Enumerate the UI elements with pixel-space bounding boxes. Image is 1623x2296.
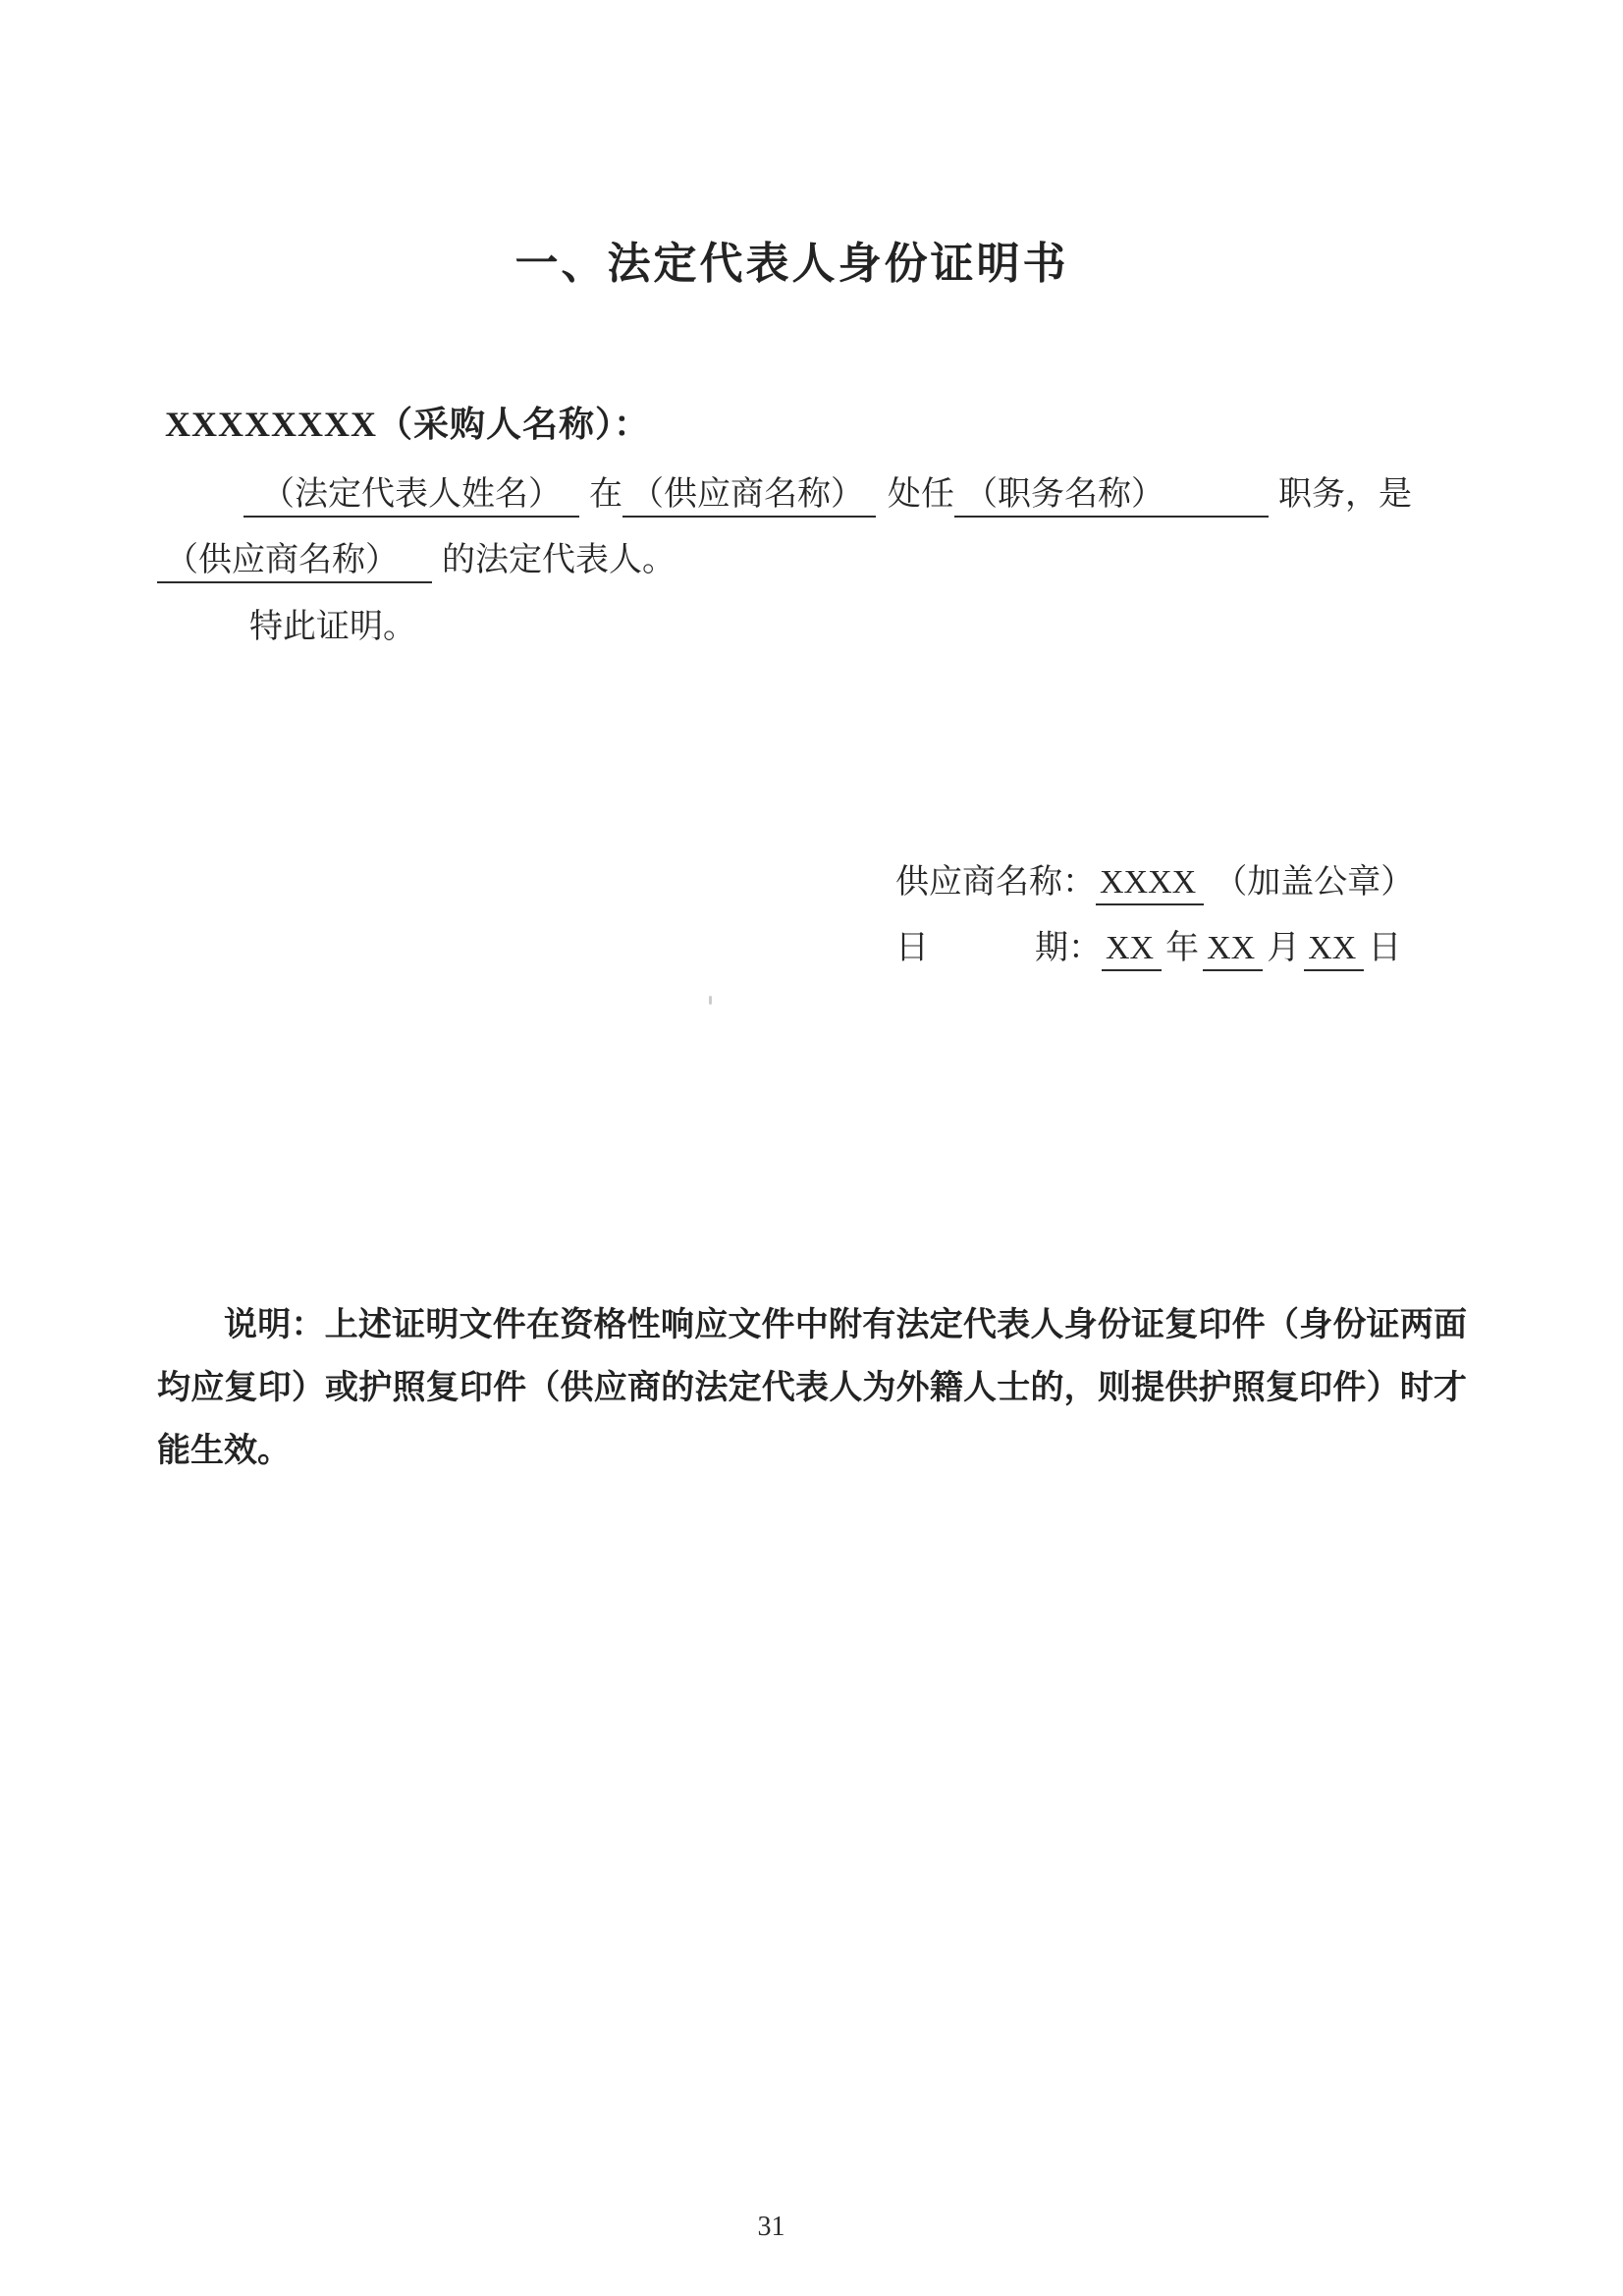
page-title: 一、法定代表人身份证明书 (0, 228, 1584, 291)
page-number: 31 (0, 2212, 1542, 2243)
blank-legal-rep-name: （法定代表人姓名） (243, 476, 579, 518)
text-position-suffix: 职务，是 (1278, 476, 1412, 513)
document-page: 一、法定代表人身份证明书 XXXXXXXX（采购人名称）： （法定代表人姓名）在… (0, 0, 1623, 2296)
scan-artifact-speck (709, 996, 712, 1005)
date-label-first-char: 日 (895, 930, 929, 966)
date-label-second-char: 期： (1035, 930, 1102, 966)
body-line-2: （供应商名称）的法定代表人。 (157, 527, 1492, 593)
certify-statement: 特此证明。 (249, 599, 416, 647)
body-paragraph: （法定代表人姓名）在（供应商名称）处任（职务名称）职务，是 （供应商名称）的法定… (157, 462, 1492, 593)
note-paragraph: 说明：上述证明文件在资格性响应文件中附有法定代表人身份证复印件（身份证两面均应复… (157, 1294, 1467, 1483)
date-year-unit: 年 (1162, 930, 1203, 966)
supplier-name-label: 供应商名称： (895, 864, 1096, 901)
text-at: 在 (589, 476, 622, 513)
date-year-value: XX (1102, 930, 1162, 971)
date-month-unit: 月 (1263, 930, 1304, 966)
date-month-value: XX (1203, 930, 1263, 971)
supplier-signature-line: 供应商名称：XXXX（加盖公章） (895, 849, 1414, 915)
signature-block: 供应商名称：XXXX（加盖公章） 日期：XX年XX月XX日 (895, 849, 1414, 981)
seal-note: （加盖公章） (1214, 864, 1414, 901)
blank-supplier-name-2: （供应商名称） (157, 542, 432, 583)
blank-supplier-name: （供应商名称） (622, 476, 876, 518)
text-closing: 的法定代表人。 (442, 542, 676, 578)
body-line-1: （法定代表人姓名）在（供应商名称）处任（职务名称）职务，是 (157, 462, 1492, 527)
date-day-value: XX (1304, 930, 1364, 971)
date-line: 日期：XX年XX月XX日 (895, 915, 1414, 981)
text-serves-as: 处任 (888, 476, 954, 513)
supplier-name-value: XXXX (1096, 864, 1204, 905)
blank-position-name: （职务名称） (954, 476, 1269, 518)
addressee-line: XXXXXXXX（采购人名称）： (165, 397, 650, 447)
date-day-unit: 日 (1364, 930, 1405, 966)
